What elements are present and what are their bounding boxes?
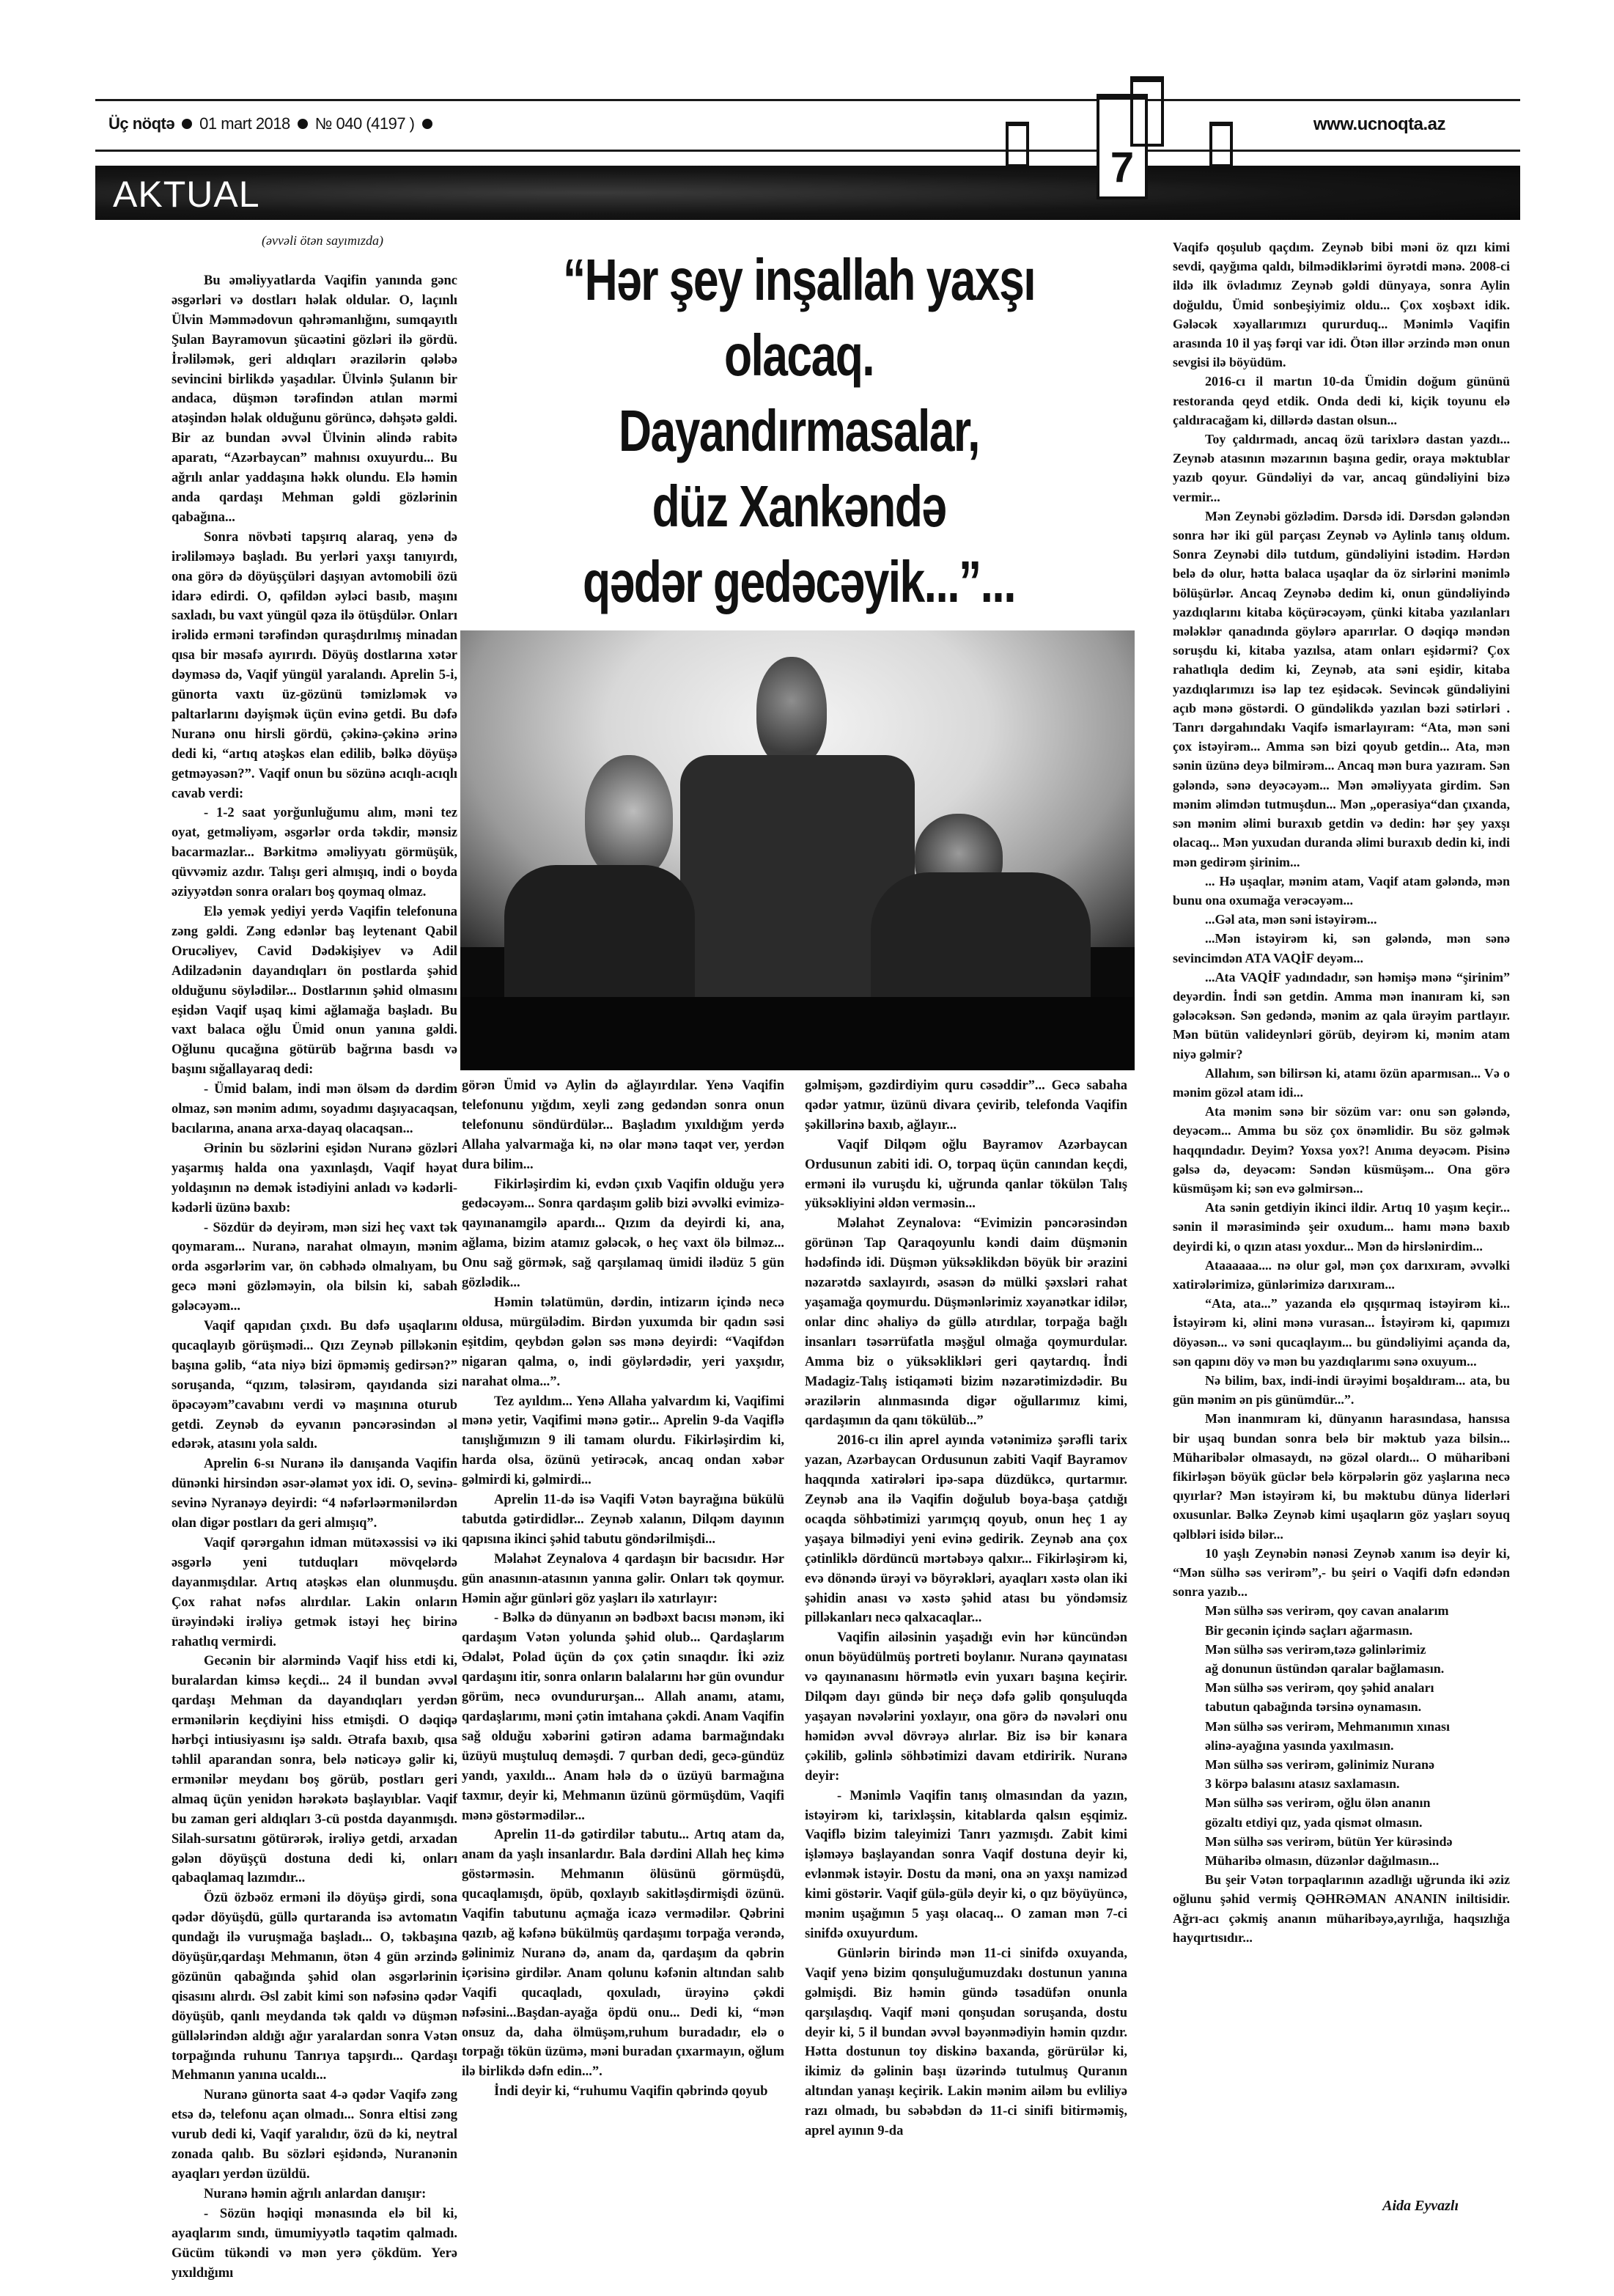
poem-line: Mən sülhə səs verirəm, bütün Yer kürəsin… — [1173, 1832, 1510, 1851]
paragraph: 10 yaşlı Zeynəbin nənəsi Zeynəb xanım is… — [1173, 1544, 1510, 1602]
paragraph: Nuranə həmin ağrılı anlardan danışır: — [172, 2185, 457, 2204]
photo-person-center-head — [756, 657, 827, 767]
paragraph: Aprelin 6-sı Nuranə ilə danışanda Vaqifi… — [172, 1454, 457, 1534]
paragraph: Bu şeir Vətən torpaqlarının azadlığı uğr… — [1173, 1870, 1510, 1947]
article-photo — [460, 630, 1135, 1070]
paragraph: Ata sənin getdiyin ikinci ildir. Artıq 1… — [1173, 1198, 1510, 1256]
paragraph: Nuranə günorta saat 4-ə qədər Vaqifə zən… — [172, 2086, 457, 2185]
paragraph: Tez ayıldım... Yenə Allaha yalvardım ki,… — [462, 1392, 784, 1491]
photo-person-left-head — [585, 755, 673, 880]
paragraph: Vaqif qapıdan çıxdı. Bu dəfə uşaqlarını … — [172, 1317, 457, 1454]
paragraph: Elə yemək yediyi yerdə Vaqifin telefonun… — [172, 902, 457, 1080]
paragraph: Ata mənim sənə bir sözüm var: onu sən gə… — [1173, 1102, 1510, 1198]
paragraph: görən Ümid və Aylin də ağlayırdılar. Yen… — [462, 1076, 784, 1175]
article-headline: “Hər şey inşallah yaxşı olacaq. Dayandır… — [542, 242, 1056, 619]
article-column-2: görən Ümid və Aylin də ağlayırdılar. Yen… — [462, 1076, 784, 2102]
poem-line: Mən sülhə səs verirəm, Mehmanımın xınası — [1173, 1717, 1510, 1736]
bullet-icon — [182, 119, 192, 129]
paragraph: ... Hə uşaqlar, mənim atam, Vaqif atam g… — [1173, 872, 1510, 910]
paragraph: Vaqif qərərgahın idman mütəxəssisi və ik… — [172, 1534, 457, 1652]
paragraph: Mən inanmıram ki, dünyanın harasındasa, … — [1173, 1409, 1510, 1543]
poem-line: Mən sülhə səs verirəm, qoy cavan anaları… — [1173, 1601, 1510, 1620]
section-label: AKTUAL — [113, 173, 260, 216]
issue-date: 01 mart 2018 — [199, 114, 290, 133]
headline-line: düz Xankəndə — [542, 468, 1056, 544]
paper-name: Üç nöqtə — [108, 114, 174, 133]
poem-line: Mən sülhə səs verirəm, gəlinimiz Nuranə — [1173, 1755, 1510, 1774]
paragraph: Məlahət Zeynalova 4 qardaşın bir bacısıd… — [462, 1550, 784, 1609]
paragraph: - Mənimlə Vaqifin tanış olmasından da ya… — [805, 1787, 1127, 1944]
paragraph: Mən Zeynəbi gözlədim. Dərsdə idi. Dərsdə… — [1173, 507, 1510, 872]
paragraph: Sonra növbəti tapşırıq alaraq, yenə də i… — [172, 528, 457, 804]
header-rule-top — [95, 99, 1520, 101]
paragraph: Gecənin bir alərmində Vaqif hiss etdi ki… — [172, 1652, 457, 1888]
article-column-1: Bu əməliyyatlarda Vaqifin yanında gənc ə… — [172, 271, 457, 2283]
masthead: Üç nöqtə 01 mart 2018 № 040 (4197 ) — [108, 114, 432, 133]
paragraph: - Ümid balam, indi mən ölsəm də dərdim o… — [172, 1080, 457, 1139]
poem-line: Bir gecənin içində saçları ağarmasın. — [1173, 1621, 1510, 1640]
paragraph: Özü özbəöz erməni ilə döyüşə girdi, sona… — [172, 1888, 457, 2086]
paragraph: Ataaaaaa.... nə olur gəl, mən çox darıxı… — [1173, 1256, 1510, 1294]
paragraph: Vaqif Dilqəm oğlu Bayramov Azərbaycan Or… — [805, 1136, 1127, 1215]
headline-line: olacaq. Dayandırmasalar, — [542, 317, 1056, 468]
issue-number: № 040 (4197 ) — [315, 114, 415, 133]
logo-tall-box-icon — [1130, 76, 1164, 147]
paragraph: Aprelin 11-də gətirdilər tabutu... Artıq… — [462, 1825, 784, 2082]
paragraph: Bu əməliyyatlarda Vaqifin yanında gənc ə… — [172, 271, 457, 528]
bullet-icon — [422, 119, 432, 129]
paragraph: Fikirləşirdim ki, evdən çıxıb Vaqifin ol… — [462, 1175, 784, 1293]
paragraph: Toy çaldırmadı, ancaq özü tarixlərə dast… — [1173, 430, 1510, 507]
paragraph: Məlahət Zeynalova: “Evimizin pəncərəsind… — [805, 1214, 1127, 1431]
poem-line: ağ donunun üstündən qaralar bağlamasın. — [1173, 1659, 1510, 1678]
paragraph: ...Gəl ata, mən səni istəyirəm... — [1173, 910, 1510, 929]
paragraph: gəlmişəm, gəzdirdiyim quru cəsəddir”... … — [805, 1076, 1127, 1136]
paragraph: Vaqifin ailəsinin yaşadığı evin hər künc… — [805, 1628, 1127, 1786]
poem-line: Müharibə olmasın, düzənlər dağılmasın... — [1173, 1851, 1510, 1870]
paragraph: 2016-cı il martın 10-da Ümidin doğum gün… — [1173, 372, 1510, 430]
logo-small-right-box-icon — [1209, 122, 1233, 167]
photo-floor — [460, 997, 1135, 1070]
logo-box-icon — [1006, 122, 1029, 167]
paragraph: Aprelin 11-də isə Vaqifi Vətən bayrağına… — [462, 1490, 784, 1550]
author-signature: Aida Eyvazlı — [1382, 2198, 1459, 2215]
poem-line: Mən sülhə səs verirəm, qoy şəhid anaları — [1173, 1678, 1510, 1697]
paragraph: - Sözün həqiqi mənasında elə bil ki, aya… — [172, 2204, 457, 2284]
paragraph: - 1-2 saat yorğunluğumu alım, məni tez o… — [172, 803, 457, 902]
paragraph: - Bəlkə də dünyanın ən bədbəxt bacısı mə… — [462, 1608, 784, 1825]
paragraph: Həmin təlatümün, dərdin, intizarın içind… — [462, 1293, 784, 1392]
paragraph: Günlərin birində mən 11-ci sinifdə oxuya… — [805, 1944, 1127, 2141]
header-rule-bottom — [95, 150, 1520, 152]
section-banner: AKTUAL — [95, 166, 1520, 220]
page-number: 7 — [1099, 143, 1145, 192]
article-column-3: gəlmişəm, gəzdirdiyim quru cəsəddir”... … — [805, 1076, 1127, 2141]
paragraph: Allahım, sən bilirsən ki, atamı özün apa… — [1173, 1064, 1510, 1102]
paragraph: - Sözdür də deyirəm, mən sizi heç vaxt t… — [172, 1218, 457, 1317]
continuation-note: (əvvəli ötən sayımızda) — [176, 233, 469, 249]
paragraph: Vaqifə qoşulub qaçdım. Zeynəb bibi məni … — [1173, 238, 1510, 372]
website-url[interactable]: www.ucnoqta.az — [1313, 114, 1445, 135]
headline-line: qədər gedəcəyik...”... — [542, 544, 1056, 619]
article-column-4: Vaqifə qoşulub qaçdım. Zeynəb bibi məni … — [1173, 238, 1510, 1947]
poem-line: Mən sülhə səs verirəm, oğlu ölən ananın — [1173, 1793, 1510, 1812]
bullet-icon — [298, 119, 308, 129]
poem-line: tabutun qabağında tərsinə oynamasın. — [1173, 1697, 1510, 1716]
poem-line: Mən sülhə səs verirəm,təzə gəlinlərimiz — [1173, 1640, 1510, 1659]
paragraph: 2016-cı ilin aprel ayında vətənimizə şər… — [805, 1431, 1127, 1628]
paragraph: Nə bilim, bax, indi-indi ürəyimi boşaldı… — [1173, 1371, 1510, 1409]
poem-line: əlinə-ayağına yasında yaxılmasın. — [1173, 1736, 1510, 1755]
paragraph: ...Mən istəyirəm ki, sən gələndə, mən sə… — [1173, 929, 1510, 967]
paragraph: “Ata, ata...” yazanda elə qışqırmaq istə… — [1173, 1294, 1510, 1371]
poem-line: 3 körpə balasını atasız saxlamasın. — [1173, 1774, 1510, 1793]
paragraph: ...Ata VAQİF yadındadır, sən həmişə mənə… — [1173, 968, 1510, 1064]
poem-line: gözaltı etdiyi qız, yada qismət olmasın. — [1173, 1813, 1510, 1832]
paragraph: İndi deyir ki, “ruhumu Vaqifin qəbrində … — [462, 2082, 784, 2102]
paragraph: Ərinin bu sözlərini eşidən Nuranə gözlər… — [172, 1139, 457, 1218]
headline-line: “Hər şey inşallah yaxşı — [542, 242, 1056, 317]
